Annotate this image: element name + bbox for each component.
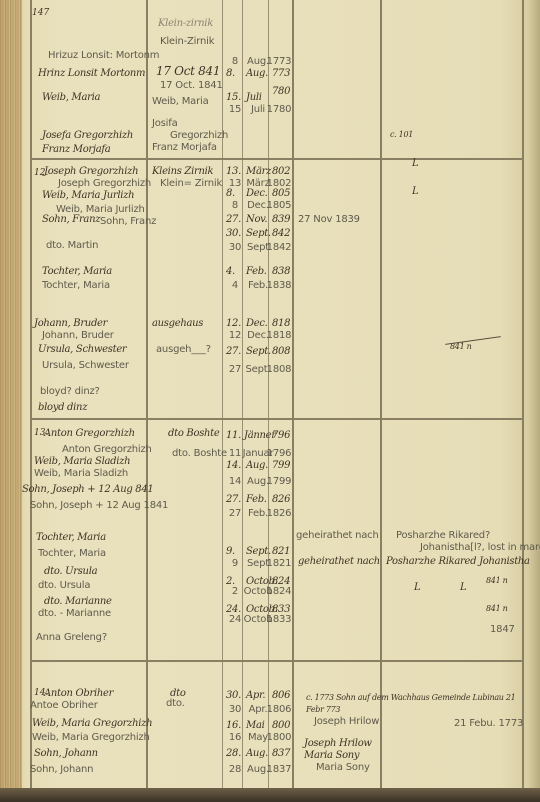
extra-typed: Anna Greleng? (36, 632, 107, 643)
entry-rule-1 (30, 158, 522, 160)
note-handwritten: 841 n (486, 576, 507, 585)
column-rule-year (268, 0, 269, 790)
day-handwritten: 27. (226, 494, 241, 505)
birth-year: 1799 (262, 476, 296, 487)
year-handwritten: 780 (272, 86, 290, 97)
godparent-typed: Franz Morjafa (152, 142, 217, 153)
month-handwritten: Aug. (246, 748, 268, 759)
month-handwritten: Nov. (246, 214, 267, 225)
person-typed: Anton Gregorzhizh (62, 444, 152, 455)
year-handwritten: 838 (272, 266, 290, 277)
person-handwritten: Anton Gregorzhizh (44, 428, 135, 439)
day-handwritten: 13. (226, 166, 241, 177)
person-typed: dto. - Marianne (38, 608, 111, 619)
extra-handwritten: bloyd dinz (38, 402, 87, 413)
person-handwritten: Weib, Maria Jurlizh (42, 190, 134, 201)
month-handwritten: Feb. (246, 266, 267, 277)
person-typed: Sohn, Franz (100, 216, 156, 227)
person-handwritten: Hrinz Lonsit Mortonm (38, 68, 145, 79)
person-handwritten: Anton Obriher (44, 688, 113, 699)
month-handwritten: Dec. (246, 318, 268, 329)
column-rule-notes (380, 0, 382, 790)
person-handwritten: Johann, Bruder (34, 318, 107, 329)
birth-year: 1821 (262, 558, 296, 569)
day-handwritten: 30. (226, 228, 241, 239)
remark-typed: geheirathet nach (296, 530, 379, 541)
year-handwritten: 773 (272, 68, 290, 79)
note-handwritten: 841 n (486, 604, 507, 613)
person-typed: Sohn, Joseph + 12 Aug 1841 (30, 500, 168, 511)
person-typed: Johann, Bruder (42, 330, 114, 341)
column-rule-place (146, 0, 148, 790)
note-typed: Johanistha[l?, lost in margin] (420, 542, 540, 553)
place-handwritten: Kleins Zirnik (152, 166, 213, 177)
birth-year: 1818 (262, 330, 296, 341)
birth-year: 1833 (262, 614, 296, 625)
day-handwritten: 4. (226, 266, 235, 277)
birth-year: 1773 (262, 56, 296, 67)
day-handwritten: 27. (226, 214, 241, 225)
person-handwritten: Ursula, Schwester (38, 344, 126, 355)
birth-year: 1808 (262, 364, 296, 375)
day-handwritten: 12. (226, 318, 241, 329)
day-handwritten: 8. (226, 188, 235, 199)
year-handwritten: 805 (272, 188, 290, 199)
extra-typed: bloyd? dinz? (40, 386, 100, 397)
birth-year: 1796 (262, 448, 296, 459)
page-number: 147 (32, 8, 49, 18)
day-handwritten: 14. (226, 460, 241, 471)
year-handwritten: 842 (272, 228, 290, 239)
person-handwritten: Tochter, Maria (42, 266, 112, 277)
date-typed: 17 Oct. 1841 (160, 80, 223, 91)
remark-handwritten: Joseph Hrilow (304, 738, 372, 749)
day-handwritten: 16. (226, 720, 241, 731)
place-handwritten: dto Boshte (168, 428, 220, 439)
birth-year: 1826 (262, 508, 296, 519)
column-rule-month (242, 0, 243, 790)
date-handwritten: 17 Oct 841 (156, 64, 220, 78)
remark-handwritten: geheirathet nach (298, 556, 380, 567)
month-handwritten: Jänner (244, 430, 276, 441)
note-handwritten: L (412, 186, 418, 197)
person-typed: Joseph Gregorzhizh (58, 178, 151, 189)
month-handwritten: Mai (246, 720, 265, 731)
person-typed: dto. Martin (46, 240, 98, 251)
note-handwritten: c. 1773 Sohn auf dem Wachhaus Gemeinde L… (306, 692, 528, 716)
person-handwritten: Weib, Maria Gregorzhizh (32, 718, 152, 729)
birth-year: 1842 (262, 242, 296, 253)
person-handwritten: Tochter, Maria (36, 532, 106, 543)
godparent-handwritten: Franz Morjafa (42, 144, 110, 155)
month-handwritten: Sept. (246, 228, 271, 239)
remark-typed: 27 Nov 1839 (298, 214, 360, 225)
note-typed: 21 Febu. 1773 (454, 718, 523, 729)
day-handwritten: 28. (226, 748, 241, 759)
month-handwritten: Sept. (246, 546, 271, 557)
person-typed: Antoe Obriher (30, 700, 98, 711)
note-handwritten: L (412, 158, 418, 169)
remark-typed: Maria Sony (316, 762, 370, 773)
godparent-typed: Gregorzhizh (170, 130, 228, 141)
note-typed: Posharzhe Rikared? (396, 530, 490, 541)
year-handwritten: 821 (272, 546, 290, 557)
person-handwritten: dto. Marianne (44, 596, 112, 607)
place-typed: Klein= Zirnik (160, 178, 222, 189)
person-handwritten: Weib, Maria (42, 92, 100, 103)
year-handwritten: 839 (272, 214, 290, 225)
year-handwritten: 806 (272, 690, 290, 701)
person-typed: Sohn, Johann (30, 764, 93, 775)
person-typed: Tochter, Maria (42, 280, 110, 291)
month-handwritten: März (246, 166, 271, 177)
day-handwritten: 9. (226, 546, 235, 557)
remark-handwritten: Maria Sony (304, 750, 359, 761)
person-handwritten: Sohn, Franz (42, 214, 100, 225)
person-handwritten: Sohn, Joseph + 12 Aug 841 (22, 484, 154, 495)
note-handwritten: Posharzhe Rikared Johanistha (386, 556, 530, 567)
year-handwritten: 837 (272, 748, 290, 759)
note-handwritten: L (414, 582, 420, 593)
year-handwritten: 796 (272, 430, 290, 441)
birth-year: 1805 (262, 200, 296, 211)
birth-year: 1806 (262, 704, 296, 715)
person-typed: Tochter, Maria (38, 548, 106, 559)
note-handwritten: c. 101 (390, 130, 413, 139)
birth-year: 1780 (262, 104, 296, 115)
person-typed: Hrizuz Lonsit: Mortonm (48, 50, 159, 61)
day-handwritten: 27. (226, 346, 241, 357)
year-handwritten: 826 (272, 494, 290, 505)
person-typed: Ursula, Schwester (42, 360, 129, 371)
place-typed: dto. Boshte (172, 448, 227, 459)
day-handwritten: 30. (226, 690, 241, 701)
entry-rule-3 (30, 660, 522, 662)
person-typed: dto. Ursula (38, 580, 90, 591)
year-handwritten: 818 (272, 318, 290, 329)
column-rule-remarks (292, 0, 294, 790)
note-handwritten: L (460, 582, 466, 593)
column-rule-left (30, 0, 32, 790)
person-handwritten: dto. Ursula (44, 566, 97, 577)
column-rule-day (222, 0, 223, 790)
page-bottom-shadow (0, 788, 540, 802)
person-handwritten: Weib, Maria Sladizh (34, 456, 130, 467)
birth-year: 1800 (262, 732, 296, 743)
place-handwritten: Klein-zirnik (158, 18, 213, 29)
month-handwritten: Dec. (246, 188, 268, 199)
birth-year: 1838 (262, 280, 296, 291)
month-handwritten: Aug. (246, 68, 268, 79)
entry-rule-2 (30, 418, 522, 420)
month-handwritten: Aug. (246, 460, 268, 471)
godparent-typed: Josifa (152, 118, 178, 129)
month-handwritten: Feb. (246, 494, 267, 505)
person-typed: Weib, Maria Sladizh (34, 468, 128, 479)
month-handwritten: Sept. (246, 346, 271, 357)
person-typed: Weib, Maria Gregorzhizh (32, 732, 150, 743)
person-typed: Weib, Maria (152, 96, 209, 107)
place-typed: Klein-Zirnik (160, 36, 214, 47)
year-handwritten: 808 (272, 346, 290, 357)
year-handwritten: 802 (272, 166, 290, 177)
month-handwritten: Juli (246, 92, 262, 103)
note-typed: 1847 (490, 624, 515, 635)
day-handwritten: 8. (226, 68, 235, 79)
day-handwritten: 11. (226, 430, 241, 441)
register-page: 147 Klein-zirnik Klein-Zirnik Hrizuz Lon… (0, 0, 540, 802)
birth-year: 1824 (262, 586, 296, 597)
year-handwritten: 800 (272, 720, 290, 731)
column-rule-margin (522, 0, 524, 790)
birth-year: 1837 (262, 764, 296, 775)
remark-typed: Joseph Hrilow (314, 716, 379, 727)
person-handwritten: Sohn, Johann (34, 748, 98, 759)
page-edge (0, 0, 22, 802)
person-handwritten: Joseph Gregorzhizh (44, 166, 138, 177)
godparent-handwritten: Josefa Gregorzhizh (42, 130, 133, 141)
month-handwritten: Apr. (246, 690, 265, 701)
year-handwritten: 799 (272, 460, 290, 471)
day-handwritten: 15. (226, 92, 241, 103)
place-note-typed: ausgeh___? (156, 344, 211, 355)
place-note-handwritten: ausgehaus (152, 318, 203, 329)
note-underline (445, 336, 501, 345)
place-typed: dto. (166, 698, 185, 709)
